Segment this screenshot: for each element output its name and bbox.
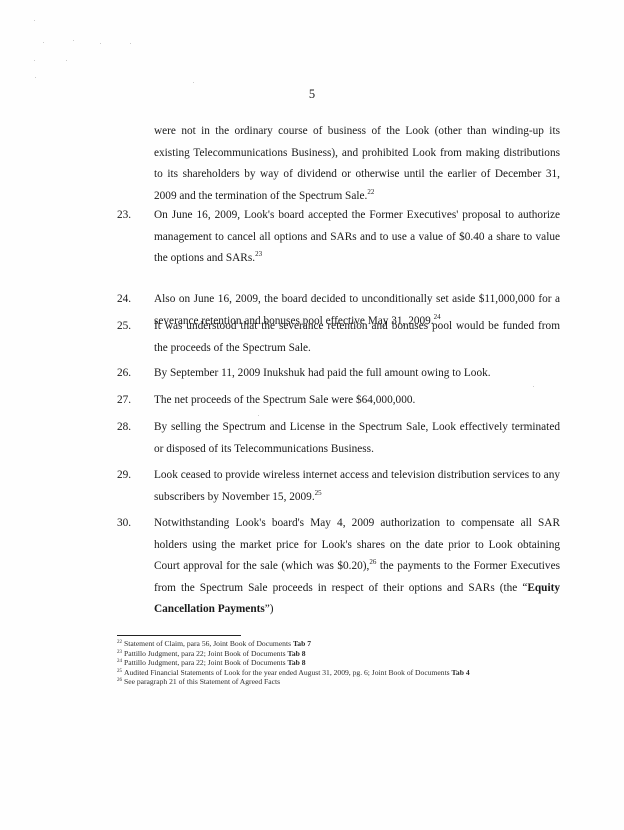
paragraph-29: 29. Look ceased to provide wireless inte… [117,465,560,508]
paragraph-30: 30. Notwithstanding Look's board's May 4… [117,513,560,621]
footnote-text: See paragraph 21 of this Statement of Ag… [124,677,280,686]
paragraph-28: 28. By selling the Spectrum and License … [117,417,560,460]
paragraph-25: 25. It was understood that the severance… [117,316,560,359]
scan-speck [73,40,74,41]
paragraph-27: 27. The net proceeds of the Spectrum Sal… [117,390,560,412]
footnote-24: 24Pattillo Judgment, para 22; Joint Book… [117,658,577,668]
paragraph-number: 30. [117,513,149,535]
scan-speck [533,386,534,387]
paragraph-number: 27. [117,390,149,412]
scan-speck [193,82,194,83]
paragraph-23: 23. On June 16, 2009, Look's board accep… [117,205,560,270]
scan-speck [35,77,36,78]
scan-speck [130,43,131,44]
footnotes: 22Statement of Claim, para 56, Joint Boo… [117,639,577,687]
paragraph-text: On June 16, 2009, Look's board accepted … [154,209,560,264]
footnote-marker: 22 [117,640,122,645]
paragraph-text: were not in the ordinary course of busin… [154,125,560,202]
paragraph-text: It was understood that the severance ret… [154,320,560,354]
paragraph-number: 23. [117,205,149,227]
footnote-marker: 25 [117,669,122,674]
scan-speck [34,20,35,21]
paragraph-text: By selling the Spectrum and License in t… [154,421,560,455]
footnote-ref[interactable]: 25 [315,489,322,497]
footnote-text: Pattillo Judgment, para 22; Joint Book o… [124,658,287,667]
paragraph-text: By September 11, 2009 Inukshuk had paid … [154,367,491,379]
footnote-25: 25Audited Financial Statements of Look f… [117,668,577,678]
paragraph-text: The net proceeds of the Spectrum Sale we… [154,394,415,406]
document-page: 5 were not in the ordinary course of bus… [0,0,624,830]
footnote-tab: Tab 4 [452,668,470,677]
scan-speck [100,43,101,44]
paragraph-text: ”) [265,603,274,615]
footnote-text: Pattillo Judgment, para 22; Joint Book o… [124,649,287,658]
scan-speck [258,415,259,416]
page-number: 5 [0,87,624,102]
footnote-divider [117,635,241,636]
scan-speck [43,42,44,43]
footnote-22: 22Statement of Claim, para 56, Joint Boo… [117,639,577,649]
footnote-ref[interactable]: 22 [367,188,374,196]
footnote-text: Statement of Claim, para 56, Joint Book … [124,639,293,648]
paragraph-number: 28. [117,417,149,439]
footnote-tab: Tab 7 [293,639,311,648]
paragraph-text: Look ceased to provide wireless internet… [154,469,560,503]
paragraph-number: 29. [117,465,149,487]
paragraph-26: 26. By September 11, 2009 Inukshuk had p… [117,363,560,385]
footnote-marker: 26 [117,678,122,683]
footnote-marker: 23 [117,650,122,655]
footnote-text: Audited Financial Statements of Look for… [124,668,452,677]
footnote-tab: Tab 8 [287,649,305,658]
paragraph-number: 26. [117,363,149,385]
paragraph-number: 24. [117,289,149,311]
paragraph-number: 25. [117,316,149,338]
footnote-tab: Tab 8 [287,658,305,667]
paragraph-continuation: were not in the ordinary course of busin… [154,121,560,207]
footnote-23: 23Pattillo Judgment, para 22; Joint Book… [117,649,577,659]
footnote-26: 26See paragraph 21 of this Statement of … [117,677,577,687]
footnote-marker: 24 [117,659,122,664]
scan-speck [66,60,67,61]
scan-speck [34,60,35,61]
footnote-ref[interactable]: 23 [255,250,262,258]
